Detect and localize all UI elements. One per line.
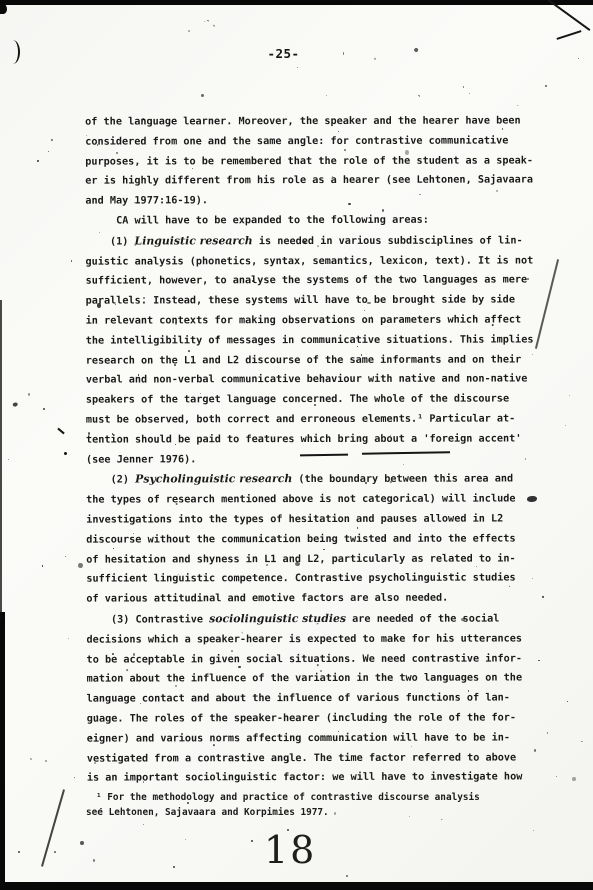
- text-line: the intelligibility of messages in commu…: [86, 330, 556, 351]
- text-segment: (see Jenner 1976).: [86, 454, 196, 465]
- text-segment: mation about the influence of the variat…: [87, 673, 523, 685]
- noise-speck: [469, 93, 470, 94]
- text-line: (1) Linguistic research is needed in var…: [85, 230, 555, 252]
- text-segment: research on the L1 and L2 discourse of t…: [86, 354, 522, 366]
- text-line: parallels. Instead, these systems will h…: [86, 291, 556, 312]
- text-segment: CA will have to be expanded to the follo…: [85, 215, 429, 227]
- ink-blob-mark: [527, 496, 537, 502]
- text-segment: of various attitudinal and emotive facto…: [86, 593, 448, 605]
- noise-speck: [572, 777, 575, 781]
- text-segment: er is highly different from his role as …: [85, 175, 533, 187]
- scan-corner-blob: [0, 4, 7, 14]
- text-segment: guage. The roles of the speaker-hearer (…: [87, 712, 516, 724]
- noise-speck: [30, 758, 32, 760]
- text-segment: guistic analysis (phonetics, syntax, sem…: [85, 255, 533, 267]
- noise-speck: [143, 824, 144, 825]
- text-segment: in relevant contexts for making observat…: [86, 314, 522, 326]
- noise-speck: [78, 563, 82, 568]
- noise-speck: [204, 21, 205, 22]
- noise-speck: [251, 840, 253, 842]
- noise-speck: [12, 402, 18, 407]
- text-line: language contact and about the influence…: [87, 688, 557, 709]
- text-segment: investigations into the types of hesitat…: [86, 513, 503, 525]
- text-line: mation about the influence of the variat…: [87, 669, 557, 690]
- noise-speck: [297, 67, 298, 68]
- text-line: and May 1977:16-19).: [85, 191, 555, 212]
- text-line: guage. The roles of the speaker-hearer (…: [87, 708, 557, 729]
- scan-top-edge-bar: [0, 0, 593, 5]
- noise-speck: [74, 777, 75, 778]
- text-line: is an important sociolinguistic factor: …: [87, 768, 557, 789]
- text-line: investigations into the types of hesitat…: [86, 509, 556, 530]
- scan-left-edge-line: [0, 300, 2, 620]
- noise-speck: [517, 104, 518, 106]
- text-segment: see Lehtonen, Sajavaara and Korpimies 19…: [86, 807, 329, 818]
- noise-speck: [48, 151, 49, 152]
- noise-speck: [206, 20, 208, 22]
- pen-scribble-mark: [556, 30, 581, 40]
- noise-speck: [185, 839, 187, 841]
- text-segment: sufficient, however, to analyse the syst…: [86, 275, 528, 287]
- text-segment: vestigated from a contrastive angle. The…: [87, 752, 516, 764]
- noise-speck: [567, 701, 568, 702]
- text-segment: of hesitation and shyness in L1 and L2, …: [86, 553, 515, 565]
- text-line: eigner) and various norms affecting comm…: [87, 728, 557, 749]
- text-segment: is needed in various subdisciplines of l…: [253, 235, 523, 247]
- text-line: to be acceptable in given social situati…: [87, 649, 557, 670]
- noise-speck: [201, 94, 204, 97]
- noise-speck: [326, 95, 327, 96]
- text-segment: purposes, it is to be remembered that th…: [85, 155, 533, 167]
- text-segment: decisions which a speaker-hearer is expe…: [86, 633, 522, 645]
- text-line: speakers of the target language concerne…: [86, 390, 556, 411]
- text-segment: the types of research mentioned above is…: [86, 494, 515, 506]
- text-line: ¹ For the methodology and practice of co…: [86, 790, 556, 805]
- text-segment: tention should be paid to features which…: [86, 433, 522, 445]
- noise-speck: [28, 393, 30, 395]
- text-segment: sufficient linguistic competence. Contra…: [86, 573, 515, 585]
- text-segment: the intelligibility of messages in commu…: [86, 334, 534, 346]
- scanned-document-page: { "page": { "header_page_number": "-25-"…: [0, 0, 593, 890]
- text-segment: verbal and non-verbal communicative beha…: [86, 374, 528, 386]
- text-segment: language contact and about the influence…: [87, 693, 510, 705]
- italic-phrase: Linguistic research: [135, 234, 253, 247]
- noise-speck: [418, 95, 420, 97]
- stamped-page-number: 18: [264, 828, 316, 872]
- text-segment: ¹ For the methodology and practice of co…: [96, 792, 480, 803]
- text-line: vestigated from a contrastive angle. The…: [87, 748, 557, 769]
- noise-speck: [8, 459, 9, 460]
- noise-speck: [213, 25, 215, 27]
- text-segment: considered from one and the same angle: …: [85, 135, 508, 147]
- footnote: ¹ For the methodology and practice of co…: [86, 790, 556, 820]
- noise-speck: [68, 638, 70, 639]
- pen-tick-mark: [57, 428, 64, 435]
- text-line: decisions which a speaker-hearer is expe…: [86, 629, 556, 650]
- text-line: of the language learner. Moreover, the s…: [85, 111, 555, 132]
- text-line: guistic analysis (phonetics, syntax, sem…: [85, 251, 555, 272]
- noise-speck: [565, 425, 566, 426]
- italic-phrase: Psycholinguistic research: [135, 472, 292, 485]
- noise-speck: [533, 830, 534, 831]
- scan-left-edge-strip: [0, 612, 5, 890]
- text-segment: (3) Contrastive: [86, 614, 209, 625]
- text-line: CA will have to be expanded to the follo…: [85, 210, 555, 231]
- text-line: considered from one and the same angle: …: [85, 131, 555, 152]
- text-segment: (1): [85, 236, 134, 247]
- noise-speck: [173, 866, 175, 868]
- noise-speck: [346, 875, 348, 877]
- text-line: of hesitation and shyness in L1 and L2, …: [86, 549, 556, 570]
- text-line: of various attitudinal and emotive facto…: [86, 589, 556, 610]
- text-segment: (2): [86, 475, 135, 486]
- text-segment: (the boundary between this area and: [292, 474, 513, 486]
- header-page-number: -25-: [0, 46, 580, 61]
- text-segment: parallels. Instead, these systems will h…: [86, 295, 515, 307]
- text-line: see Lehtonen, Sajavaara and Korpimies 19…: [86, 805, 556, 820]
- text-segment: discourse without the communication bein…: [86, 533, 515, 545]
- noise-speck: [463, 86, 464, 88]
- text-line: sufficient linguistic competence. Contra…: [86, 569, 556, 590]
- text-line: must be observed, both correct and erron…: [86, 409, 556, 430]
- noise-speck: [54, 851, 56, 853]
- text-segment: of the language learner. Moreover, the s…: [85, 115, 521, 127]
- text-line: research on the L1 and L2 discourse of t…: [86, 350, 556, 371]
- text-line: tention should be paid to features which…: [86, 429, 556, 450]
- text-segment: is an important sociolinguistic factor: …: [87, 772, 523, 784]
- noise-speck: [568, 394, 569, 395]
- text-line: discourse without the communication bein…: [86, 529, 556, 550]
- noise-speck: [80, 841, 84, 845]
- noise-speck: [45, 760, 47, 762]
- text-segment: speakers of the target language concerne…: [86, 394, 509, 406]
- noise-speck: [93, 859, 95, 862]
- text-segment: must be observed, both correct and erron…: [86, 413, 515, 425]
- text-segment: to be acceptable in given social situati…: [87, 653, 523, 665]
- noise-speck: [37, 160, 39, 161]
- text-line: verbal and non-verbal communicative beha…: [86, 370, 556, 391]
- text-line: (3) Contrastive sociolinguistic studies …: [86, 608, 556, 630]
- text-line: the types of research mentioned above is…: [86, 490, 556, 511]
- pen-slash-mark: [41, 789, 65, 866]
- noise-speck: [18, 851, 20, 853]
- ink-dot-mark: [64, 452, 67, 455]
- scan-bottom-edge-bar: [0, 882, 593, 890]
- text-line: er is highly different from his role as …: [85, 171, 555, 192]
- italic-phrase: sociolinguistic studies: [209, 612, 346, 625]
- text-line: sufficient, however, to analyse the syst…: [86, 271, 556, 292]
- noise-speck: [51, 139, 54, 142]
- text-line: purposes, it is to be remembered that th…: [85, 151, 555, 172]
- text-line: (2) Psycholinguistic research (the bound…: [86, 469, 556, 491]
- body-text: of the language learner. Moreover, the s…: [85, 111, 557, 788]
- text-segment: and May 1977:16-19).: [85, 195, 208, 206]
- text-line: (see Jenner 1976).: [86, 449, 556, 470]
- noise-speck: [71, 260, 73, 262]
- noise-speck: [581, 741, 583, 742]
- text-line: in relevant contexts for making observat…: [86, 310, 556, 331]
- noise-speck: [42, 565, 44, 567]
- text-segment: eigner) and various norms affecting comm…: [87, 732, 510, 744]
- noise-speck: [545, 84, 547, 86]
- noise-speck: [65, 556, 66, 557]
- text-segment: are needed of the social: [346, 613, 499, 624]
- noise-speck: [188, 30, 190, 33]
- noise-speck: [43, 408, 45, 410]
